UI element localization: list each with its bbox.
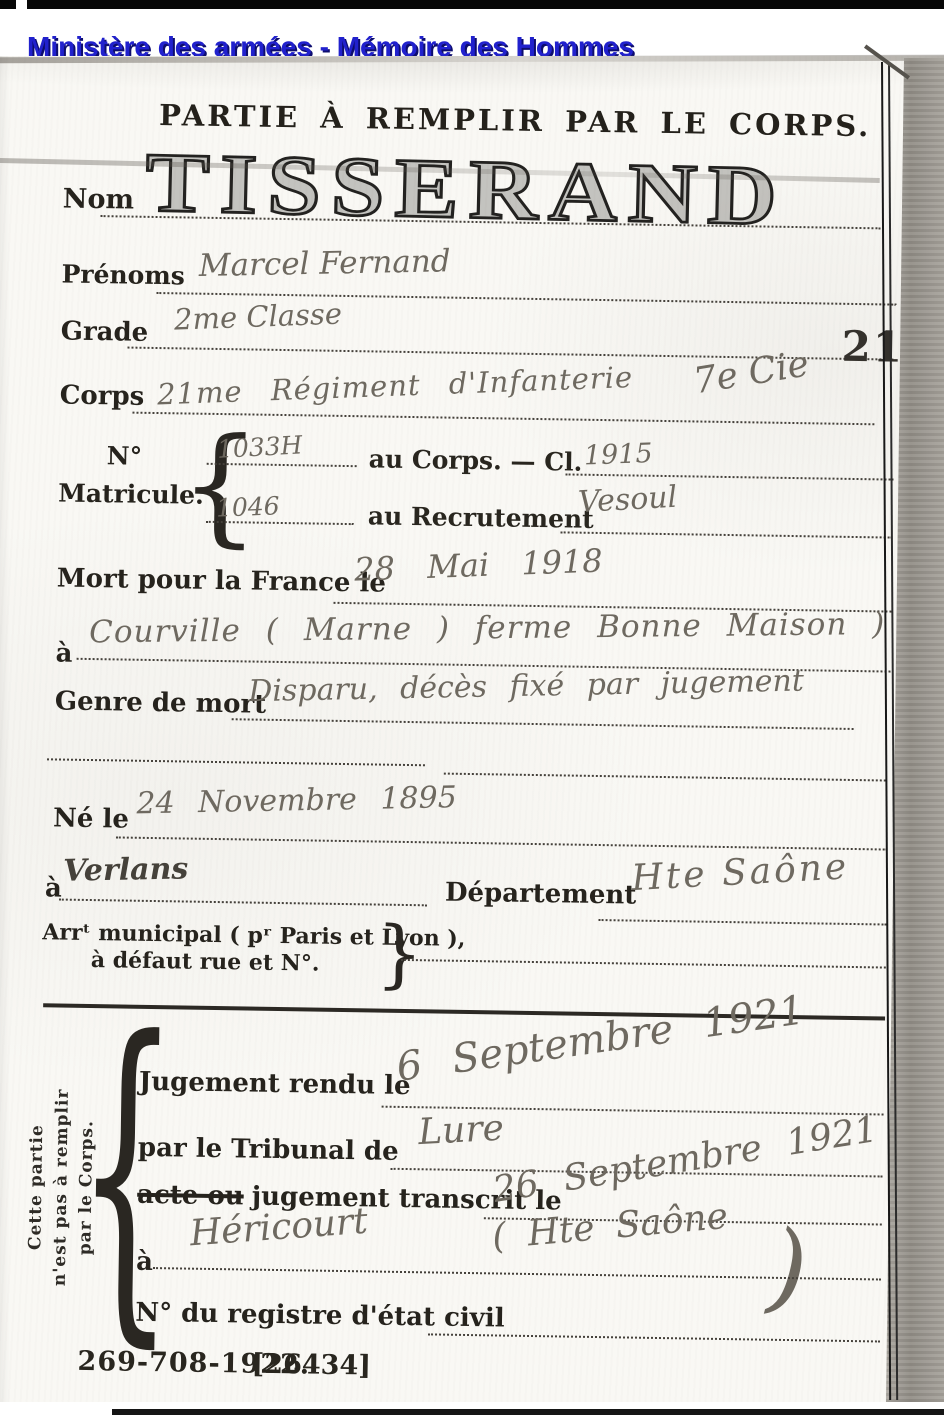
au-corps-label: au Corps. — Cl.: [369, 444, 583, 476]
registre-label: N° du registre d'état civil: [135, 1298, 505, 1334]
genre-de-mort-value: Disparu, décès fixé par jugement: [248, 664, 804, 710]
side-note-line1: Cette partie: [25, 1124, 47, 1250]
genre-de-mort-dotted-line: [232, 718, 854, 730]
card-content: PARTIE À REMPLIR PAR LE CORPS. Nom TISSE…: [0, 0, 944, 1417]
ne-le-label: Né le: [53, 803, 129, 834]
matricule-corps-number: 1033H: [216, 430, 303, 464]
matricule-no-label: N°: [107, 441, 143, 471]
grade-label: Grade: [61, 316, 149, 347]
au-recrutement-label: au Recrutement: [368, 501, 594, 534]
tribunal-value: Lure: [417, 1108, 505, 1154]
ne-le-date-value: 24 Novembre 1895: [136, 780, 457, 821]
corps-company-value: 7e Cie: [691, 343, 812, 402]
nom-value: TISSERAND: [145, 141, 788, 240]
separator-dotted-line-left: [47, 758, 425, 766]
arrondissement-dotted-line: [401, 959, 886, 969]
handwritten-closing-paren: ): [757, 1216, 820, 1323]
side-note-line2: n'est pas à remplir: [50, 1089, 73, 1287]
transcrit-date-value: 26 Septembre 1921: [490, 1109, 880, 1211]
corps-value: 21me Régiment d'Infanterie: [156, 360, 633, 411]
mort-label: Mort pour la France le: [57, 563, 387, 598]
section-title: PARTIE À REMPLIR PAR LE CORPS.: [159, 98, 809, 142]
prenoms-value: Marcel Fernand: [199, 243, 451, 284]
jugement-rendu-label: Jugement rendu le: [139, 1067, 411, 1101]
matricule-recrutement-number: 1046: [215, 491, 280, 522]
classe-value: 1915: [583, 438, 653, 471]
separator-dotted-line-right: [444, 773, 886, 782]
nom-label: Nom: [63, 184, 135, 216]
transcrit-lieu-label: à: [136, 1247, 153, 1277]
prenoms-label: Prénoms: [61, 260, 185, 291]
mort-lieu-value: Courville ( Marne ) ferme Bonne Maison ): [89, 606, 886, 650]
jugement-rendu-date-value: 6 Septembre 1921: [394, 987, 808, 1091]
arrondissement-brace: }: [375, 917, 423, 992]
viewer-page: Ministère des armées - Mémoire des Homme…: [0, 0, 944, 1417]
side-note-brace: {: [74, 996, 180, 1348]
form-bracket-number: [26434]: [251, 1349, 371, 1382]
classe-dotted-line: [566, 473, 894, 480]
scan-bottom-edge: [112, 1409, 944, 1415]
departement-label: Département: [445, 878, 637, 911]
recrutement-dotted-line: [561, 531, 893, 538]
grade-value: 2me Classe: [173, 297, 342, 337]
mort-lieu-label: à: [55, 638, 72, 668]
ne-le-dotted-line: [116, 836, 888, 850]
tribunal-label: par le Tribunal de: [138, 1133, 399, 1167]
departement-value: Hte Saône: [630, 846, 850, 899]
corps-label: Corps: [59, 380, 144, 411]
transcrit-struck-words: acte ou: [137, 1180, 244, 1212]
recrutement-lieu-value: Vesoul: [577, 480, 678, 520]
naissance-lieu-value: Verlans: [63, 851, 189, 888]
registre-dotted-line: [428, 1333, 880, 1342]
departement-dotted-line: [599, 919, 887, 926]
genre-de-mort-label: Genre de mort: [55, 686, 267, 719]
mort-date-value: 28 Mai 1918: [354, 542, 604, 589]
naissance-lieu-dotted-line: [59, 899, 427, 907]
